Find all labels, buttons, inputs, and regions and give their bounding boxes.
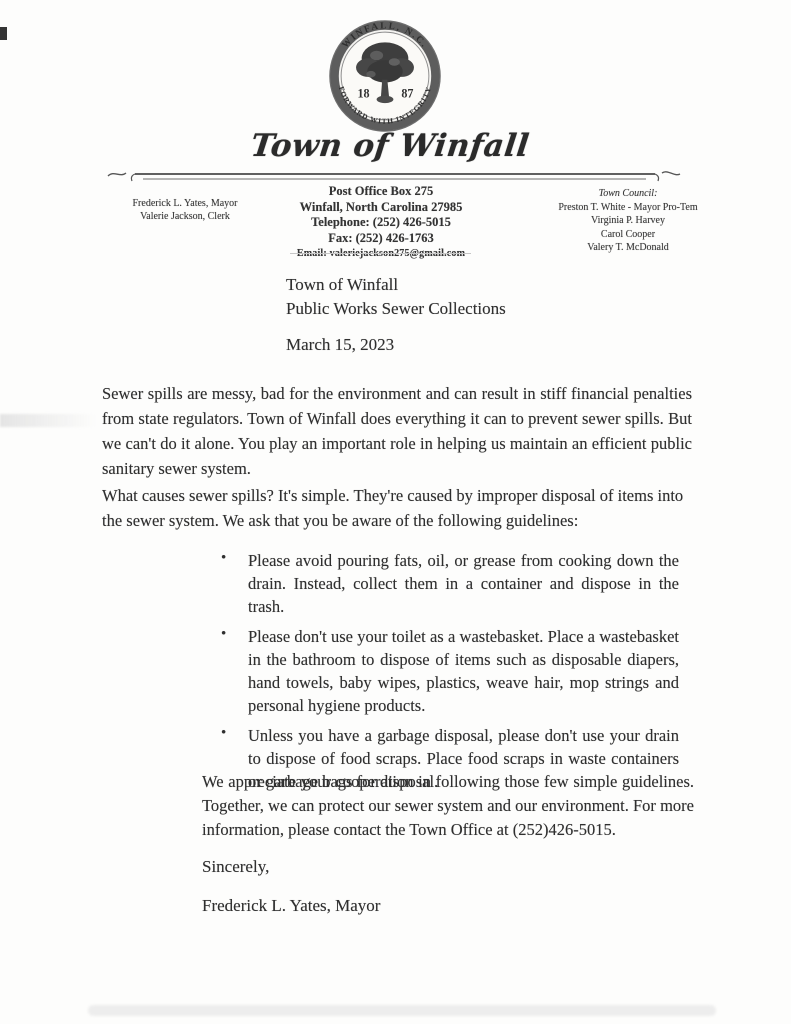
bullet-glyph: • <box>221 547 226 570</box>
masthead-officials: Frederick L. Yates, Mayor Valerie Jackso… <box>110 197 260 223</box>
mayor-line: Frederick L. Yates, Mayor <box>110 197 260 210</box>
department-line: Public Works Sewer Collections <box>286 297 506 321</box>
council-member: Carol Cooper <box>538 228 718 242</box>
signature-name: Frederick L. Yates, Mayor <box>202 896 380 916</box>
town-wordmark: Town of Winfall <box>0 128 782 164</box>
scan-artifact-smudge <box>0 414 96 427</box>
city-line: Winfall, North Carolina 27985 <box>275 200 487 216</box>
council-member: Virginia P. Harvey <box>538 214 718 228</box>
department-line: Town of Winfall <box>286 273 506 297</box>
body-paragraph-1: Sewer spills are messy, bad for the envi… <box>102 381 692 481</box>
council-heading: Town Council: <box>538 187 718 201</box>
letter-page: 18 87 WINFALL, N.C. FORWARD WITH INTEGRI… <box>0 0 791 1024</box>
telephone-line: Telephone: (252) 426-5015 <box>275 215 487 231</box>
seal-year-right: 87 <box>401 86 413 100</box>
email-line: Email: valeriejackson275@gmail.com <box>275 248 487 260</box>
bullet-item: • Please don't use your toilet as a wast… <box>221 625 679 717</box>
bullet-glyph: • <box>221 722 226 745</box>
closing-paragraph: We appreciate your cooperation in follow… <box>202 770 694 842</box>
fax-line: Fax: (252) 426-1763 <box>275 231 487 247</box>
body-paragraph-2: What causes sewer spills? It's simple. T… <box>102 483 692 533</box>
bullet-text: Please avoid pouring fats, oil, or greas… <box>248 551 679 616</box>
valediction: Sincerely, <box>202 857 269 877</box>
scan-artifact-shadow <box>88 1005 716 1016</box>
seal-year-left: 18 <box>357 86 369 100</box>
bullet-text: Please don't use your toilet as a wasteb… <box>248 627 679 715</box>
scan-artifact-mark <box>0 27 7 40</box>
masthead-contact: Post Office Box 275 Winfall, North Carol… <box>275 184 487 260</box>
po-box-line: Post Office Box 275 <box>275 184 487 200</box>
clerk-line: Valerie Jackson, Clerk <box>110 210 260 223</box>
bullet-item: • Please avoid pouring fats, oil, or gre… <box>221 549 679 618</box>
town-seal-icon: 18 87 WINFALL, N.C. FORWARD WITH INTEGRI… <box>327 20 443 132</box>
email-underline <box>290 253 471 254</box>
letter-date: March 15, 2023 <box>286 335 394 355</box>
department-block: Town of Winfall Public Works Sewer Colle… <box>286 273 506 321</box>
council-member: Valery T. McDonald <box>538 241 718 255</box>
council-member: Preston T. White - Mayor Pro-Tem <box>538 201 718 215</box>
bullet-glyph: • <box>221 623 226 646</box>
guidelines-list: • Please avoid pouring fats, oil, or gre… <box>221 549 679 800</box>
masthead-council: Town Council: Preston T. White - Mayor P… <box>538 187 718 255</box>
